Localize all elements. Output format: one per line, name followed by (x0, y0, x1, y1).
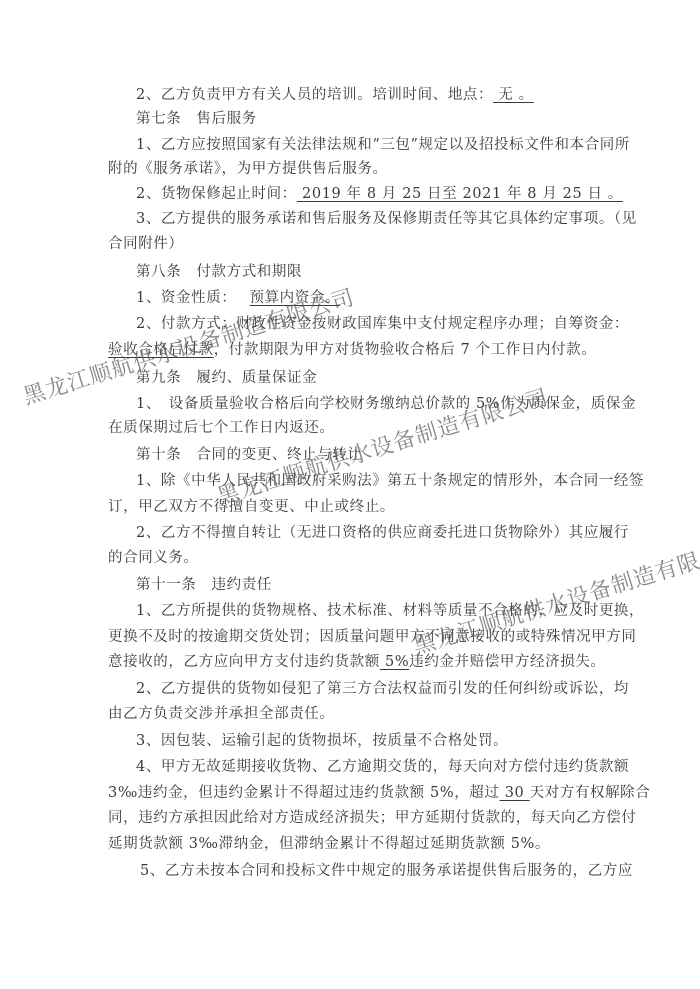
article-7-heading: 第七条 售后服务 (136, 107, 656, 131)
article-9-heading: 第九条 履约、质量保证金 (136, 366, 656, 390)
clause-11-item-4-cont2: 同，违约方承担因此给对方造成经济损失；甲方延期付货款的，每天向乙方偿付 (108, 806, 628, 830)
clause-11-item-2: 2、乙方提供的货物如侵犯了第三方合法权益而引发的任何纠纷或诉讼，均 (136, 677, 630, 701)
text: 2、货物保修起止时间： (136, 186, 297, 202)
clause-11-item-5: 5、乙方未按本合同和投标文件中规定的服务承诺提供售后服务的，乙方应 (140, 859, 634, 883)
clause-10-item-2: 2、乙方不得擅自转让（无进口资格的供应商委托进口货物除外）其应履行 (136, 521, 630, 545)
document-page: 2、乙方负责甲方有关人员的培训。培训时间、地点： 无 。 第七条 售后服务 1、… (0, 0, 700, 989)
clause-7-item-3-cont: 合同附件） (108, 232, 628, 256)
clause-11-item-1-cont2: 意接收的，乙方应向甲方支付违约货款额 5%违约金并赔偿甲方经济损失。 (108, 650, 628, 674)
text: 3‰违约金，但违约金累计不得超过违约货款额 5%，超过 (108, 785, 500, 801)
warranty-period-value: 2019 年 8 月 25 日至 2021 年 8 月 25 日 。 (297, 186, 623, 202)
clause-6-item-2: 2、乙方负责甲方有关人员的培训。培训时间、地点： 无 。 (136, 83, 630, 107)
clause-7-item-2: 2、货物保修起止时间： 2019 年 8 月 25 日至 2021 年 8 月 … (136, 182, 630, 206)
clause-7-item-1-cont: 附的《服务承诺》，为甲方提供售后服务。 (108, 157, 628, 181)
text: ，付款期限为甲方对货物验收合格后 7 个工作日内付款。 (214, 342, 597, 358)
text: 意接收的，乙方应向甲方支付违约货款额 (108, 654, 380, 670)
clause-11-item-4-cont3: 延期货款额 3‰滞纳金，但滞纳金累计不得超过延期货款额 5%。 (108, 832, 628, 856)
text: 违约金并赔偿甲方经济损失。 (409, 654, 605, 670)
clause-11-item-3: 3、因包装、运输引起的货物损坏，按质量不合格处罚。 (136, 729, 630, 753)
text: 天对方有权解除合 (530, 785, 651, 801)
clause-10-item-1-cont: 订，甲乙双方不得擅自变更、中止或终止。 (108, 495, 628, 519)
clause-10-item-1: 1、除《中华人民共和国政府采购法》第五十条规定的情形外，本合同一经签 (136, 469, 630, 493)
clause-8-item-1: 1、资金性质： 预算内资金。 (136, 286, 630, 310)
days-limit-value: 30 (500, 785, 530, 801)
clause-7-item-1: 1、乙方应按照国家有关法律法规和“三包”规定以及招投标文件和本合同所 (136, 133, 630, 157)
text: 1、资金性质： (136, 290, 249, 306)
clause-7-item-3: 3、乙方提供的服务承诺和售后服务及保修期责任等其它具体约定事项。（见 (136, 207, 630, 231)
clause-11-item-2-cont: 由乙方负责交涉并承担全部责任。 (108, 702, 628, 726)
clause-11-item-1-cont: 更换不及时的按逾期交货处罚；因质量问题甲方不同意接收的或特殊情况甲方同 (108, 625, 628, 649)
text: 2、乙方负责甲方有关人员的培训。培训时间、地点： (136, 87, 493, 103)
clause-10-item-2-cont: 的合同义务。 (108, 546, 628, 570)
penalty-rate-value: 5% (380, 654, 409, 670)
clause-9-item-1: 1、 设备质量验收合格后向学校财务缴纳总价款的 5%作为质保金，质保金 (136, 392, 630, 416)
clause-11-item-4-cont: 3‰违约金，但违约金累计不得超过违约货款额 5%，超过 30 天对方有权解除合 (108, 781, 628, 805)
article-8-heading: 第八条 付款方式和期限 (136, 260, 656, 284)
training-location-value: 无 。 (493, 87, 534, 103)
clause-11-item-4: 4、甲方无故延期接收货物、乙方逾期交货的，每天向对方偿付违约货款额 (136, 755, 630, 779)
